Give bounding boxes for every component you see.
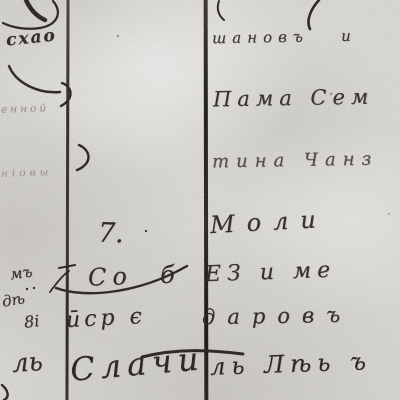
- column-rule-left: [65, 0, 69, 400]
- handwriting-fragment: схао: [5, 27, 57, 49]
- ink-descender-large: [308, 0, 319, 29]
- manuscript-scan: схао енной нiовы мъ дѣ 8i ль 7. Со б ūср…: [0, 0, 400, 400]
- handwriting-fragment: мъ: [9, 265, 33, 283]
- handwriting-fragment-faded: нiовы: [1, 167, 53, 179]
- handwriting-fragment-faded: енной: [1, 103, 49, 115]
- handwriting-fragment: Слачи: [69, 342, 206, 386]
- handwriting-fragment: 8i: [23, 313, 40, 331]
- ink-flourish-curve: [9, 66, 60, 92]
- ink-descender-small: [218, 1, 224, 20]
- ink-flourish-top-heavy: [26, 0, 45, 20]
- handwriting-fragment: ūср є: [65, 306, 146, 332]
- ink-hook-lower: [77, 145, 89, 170]
- handwriting-fragment: Со б: [88, 262, 181, 289]
- ink-flourish-top-loop: [3, 1, 58, 29]
- handwriting-fragment: ль Лѣь ъ: [210, 349, 373, 379]
- paper-speck: [388, 213, 390, 215]
- handwriting-fragment: дѣ: [1, 291, 26, 310]
- handwriting-fragment: тина Чанз: [212, 151, 379, 172]
- paper-speck: [117, 35, 119, 37]
- ink-dot: [145, 230, 147, 232]
- ink-corner-stroke: [2, 385, 8, 400]
- handwriting-fragment: даровъ: [202, 305, 352, 329]
- column-rule-right: [204, 0, 209, 400]
- handwriting-fragment: ль: [11, 349, 43, 377]
- handwriting-fragment: ЕЗ и ме: [205, 260, 337, 287]
- ink-dot: [26, 288, 28, 290]
- handwriting-fragment: Моли: [209, 207, 328, 237]
- ink-dot: [33, 287, 35, 289]
- handwriting-fragment: Пама Сем: [213, 87, 375, 111]
- entry-number: 7.: [98, 220, 125, 248]
- handwriting-fragment: шановъ и: [212, 29, 357, 47]
